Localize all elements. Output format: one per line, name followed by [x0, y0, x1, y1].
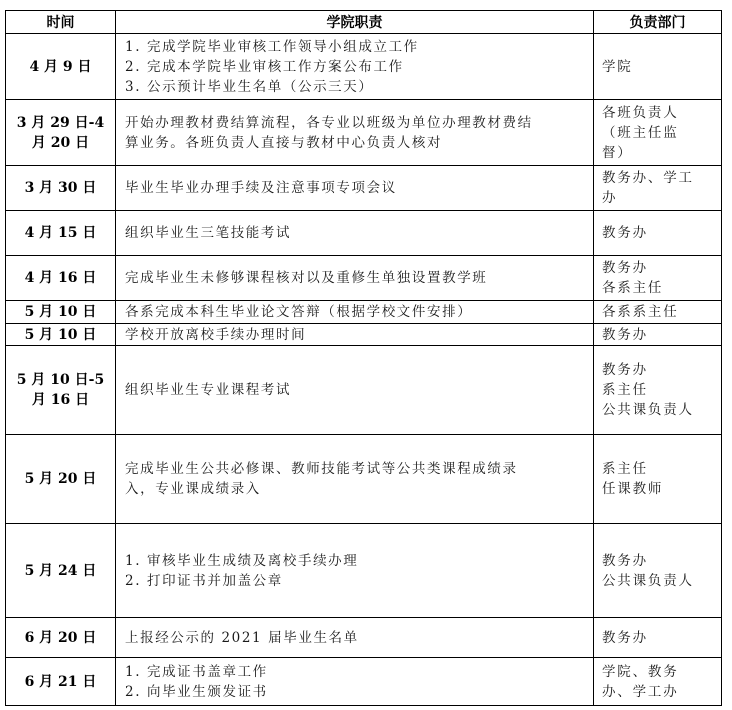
date-cell-line: 5 月 10 日 [6, 325, 115, 345]
date-cell: 3 月 30 日 [6, 166, 116, 211]
dept-cell-line: （班主任监 [602, 123, 721, 143]
dept-cell-line: 各系主任 [602, 278, 721, 298]
duty-cell-line: 完成毕业生未修够课程核对以及重修生单独设置教学班 [125, 268, 593, 288]
table-row: 6 月 20 日上报经公示的 2021 届毕业生名单教务办 [6, 618, 722, 658]
duty-cell: 各系完成本科生毕业论文答辩（根据学校文件安排） [116, 301, 594, 324]
dept-cell: 教务办 [594, 211, 722, 256]
duty-cell: 1. 完成学院毕业审核工作领导小组成立工作2. 完成本学院毕业审核工作方案公布工… [116, 34, 594, 100]
dept-cell: 学院 [594, 34, 722, 100]
date-cell-line: 5 月 24 日 [6, 561, 115, 581]
date-cell: 5 月 10 日 [6, 301, 116, 324]
dept-cell-line: 学院、教务 [602, 662, 721, 682]
date-cell-line: 5 月 10 日-5 [6, 370, 115, 390]
dept-cell-line: 任课教师 [602, 479, 721, 499]
dept-cell-line: 督） [602, 143, 721, 163]
duty-cell: 开始办理教材费结算流程，各专业以班级为单位办理教材费结算业务。各班负责人直接与教… [116, 100, 594, 166]
dept-cell: 教务办系主任公共课负责人 [594, 346, 722, 435]
table-row: 4 月 16 日完成毕业生未修够课程核对以及重修生单独设置教学班教务办各系主任 [6, 256, 722, 301]
dept-cell-line: 教务办 [602, 258, 721, 278]
duty-cell-line: 开始办理教材费结算流程，各专业以班级为单位办理教材费结 [125, 113, 593, 133]
duty-cell-line: 2. 打印证书并加盖公章 [125, 571, 593, 591]
table-row: 5 月 10 日-5月 16 日组织毕业生专业课程考试教务办系主任公共课负责人 [6, 346, 722, 435]
duty-cell: 学校开放离校手续办理时间 [116, 324, 594, 346]
date-cell-line: 月 16 日 [6, 390, 115, 410]
dept-cell-line: 办 [602, 188, 721, 208]
dept-cell-line: 各系系主任 [602, 302, 721, 322]
duty-cell: 完成毕业生公共必修课、教师技能考试等公共类课程成绩录入，专业课成绩录入 [116, 435, 594, 524]
duty-cell: 1. 审核毕业生成绩及离校手续办理2. 打印证书并加盖公章 [116, 524, 594, 618]
duty-cell: 组织毕业生三笔技能考试 [116, 211, 594, 256]
dept-cell: 教务办公共课负责人 [594, 524, 722, 618]
date-cell-line: 6 月 20 日 [6, 628, 115, 648]
duty-cell-line: 各系完成本科生毕业论文答辩（根据学校文件安排） [125, 302, 593, 322]
header-duty: 学院职责 [116, 11, 594, 34]
date-cell-line: 3 月 30 日 [6, 178, 115, 198]
dept-cell: 教务办 [594, 618, 722, 658]
table-row: 5 月 10 日学校开放离校手续办理时间教务办 [6, 324, 722, 346]
duty-cell: 上报经公示的 2021 届毕业生名单 [116, 618, 594, 658]
duty-cell-line: 1. 审核毕业生成绩及离校手续办理 [125, 551, 593, 571]
dept-cell-line: 教务办 [602, 360, 721, 380]
dept-cell-line: 教务办 [602, 551, 721, 571]
dept-cell: 教务办 [594, 324, 722, 346]
date-cell: 6 月 20 日 [6, 618, 116, 658]
table-row: 4 月 15 日组织毕业生三笔技能考试教务办 [6, 211, 722, 256]
schedule-table: 时间 学院职责 负责部门 4 月 9 日1. 完成学院毕业审核工作领导小组成立工… [5, 10, 722, 706]
duty-cell: 毕业生毕业办理手续及注意事项专项会议 [116, 166, 594, 211]
duty-cell-line: 2. 完成本学院毕业审核工作方案公布工作 [125, 57, 593, 77]
date-cell-line: 6 月 21 日 [6, 672, 115, 692]
date-cell: 5 月 10 日 [6, 324, 116, 346]
date-cell: 6 月 21 日 [6, 658, 116, 706]
duty-cell-line: 3. 公示预计毕业生名单（公示三天） [125, 77, 593, 97]
dept-cell-line: 各班负责人 [602, 103, 721, 123]
dept-cell-line: 教务办、学工 [602, 168, 721, 188]
table-row: 5 月 20 日完成毕业生公共必修课、教师技能考试等公共类课程成绩录入，专业课成… [6, 435, 722, 524]
date-cell: 5 月 10 日-5月 16 日 [6, 346, 116, 435]
duty-cell-line: 完成毕业生公共必修课、教师技能考试等公共类课程成绩录 [125, 459, 593, 479]
duty-cell-line: 学校开放离校手续办理时间 [125, 325, 593, 345]
dept-cell-line: 学院 [602, 57, 721, 77]
duty-cell: 完成毕业生未修够课程核对以及重修生单独设置教学班 [116, 256, 594, 301]
duty-cell-line: 算业务。各班负责人直接与教材中心负责人核对 [125, 133, 593, 153]
date-cell-line: 3 月 29 日-4 [6, 113, 115, 133]
duty-cell-line: 1. 完成学院毕业审核工作领导小组成立工作 [125, 37, 593, 57]
dept-cell: 教务办、学工办 [594, 166, 722, 211]
dept-cell-line: 公共课负责人 [602, 400, 721, 420]
dept-cell: 各系系主任 [594, 301, 722, 324]
date-cell-line: 5 月 20 日 [6, 469, 115, 489]
duty-cell-line: 毕业生毕业办理手续及注意事项专项会议 [125, 178, 593, 198]
date-cell-line: 月 20 日 [6, 133, 115, 153]
duty-cell: 组织毕业生专业课程考试 [116, 346, 594, 435]
date-cell: 4 月 15 日 [6, 211, 116, 256]
date-cell: 5 月 24 日 [6, 524, 116, 618]
table-row: 3 月 30 日毕业生毕业办理手续及注意事项专项会议教务办、学工办 [6, 166, 722, 211]
dept-cell: 学院、教务办、学工办 [594, 658, 722, 706]
date-cell-line: 4 月 16 日 [6, 268, 115, 288]
duty-cell-line: 1. 完成证书盖章工作 [125, 662, 593, 682]
table-row: 5 月 10 日各系完成本科生毕业论文答辩（根据学校文件安排）各系系主任 [6, 301, 722, 324]
duty-cell-line: 2. 向毕业生颁发证书 [125, 682, 593, 702]
dept-cell: 教务办各系主任 [594, 256, 722, 301]
table-row: 3 月 29 日-4月 20 日开始办理教材费结算流程，各专业以班级为单位办理教… [6, 100, 722, 166]
dept-cell-line: 系主任 [602, 380, 721, 400]
date-cell: 4 月 9 日 [6, 34, 116, 100]
duty-cell-line: 上报经公示的 2021 届毕业生名单 [125, 628, 593, 648]
duty-cell-line: 组织毕业生三笔技能考试 [125, 223, 593, 243]
table-body: 4 月 9 日1. 完成学院毕业审核工作领导小组成立工作2. 完成本学院毕业审核… [6, 34, 722, 706]
table-row: 4 月 9 日1. 完成学院毕业审核工作领导小组成立工作2. 完成本学院毕业审核… [6, 34, 722, 100]
dept-cell: 系主任任课教师 [594, 435, 722, 524]
date-cell: 4 月 16 日 [6, 256, 116, 301]
dept-cell-line: 教务办 [602, 628, 721, 648]
dept-cell-line: 教务办 [602, 325, 721, 345]
duty-cell-line: 入，专业课成绩录入 [125, 479, 593, 499]
dept-cell-line: 办、学工办 [602, 682, 721, 702]
header-dept: 负责部门 [594, 11, 722, 34]
dept-cell-line: 公共课负责人 [602, 571, 721, 591]
dept-cell-line: 系主任 [602, 459, 721, 479]
duty-cell: 1. 完成证书盖章工作2. 向毕业生颁发证书 [116, 658, 594, 706]
table-row: 6 月 21 日1. 完成证书盖章工作2. 向毕业生颁发证书学院、教务办、学工办 [6, 658, 722, 706]
date-cell-line: 4 月 9 日 [6, 57, 115, 77]
table-row: 5 月 24 日1. 审核毕业生成绩及离校手续办理2. 打印证书并加盖公章教务办… [6, 524, 722, 618]
dept-cell: 各班负责人（班主任监督） [594, 100, 722, 166]
date-cell-line: 5 月 10 日 [6, 302, 115, 322]
date-cell: 3 月 29 日-4月 20 日 [6, 100, 116, 166]
header-row: 时间 学院职责 负责部门 [6, 11, 722, 34]
date-cell-line: 4 月 15 日 [6, 223, 115, 243]
header-time: 时间 [6, 11, 116, 34]
date-cell: 5 月 20 日 [6, 435, 116, 524]
duty-cell-line: 组织毕业生专业课程考试 [125, 380, 593, 400]
dept-cell-line: 教务办 [602, 223, 721, 243]
